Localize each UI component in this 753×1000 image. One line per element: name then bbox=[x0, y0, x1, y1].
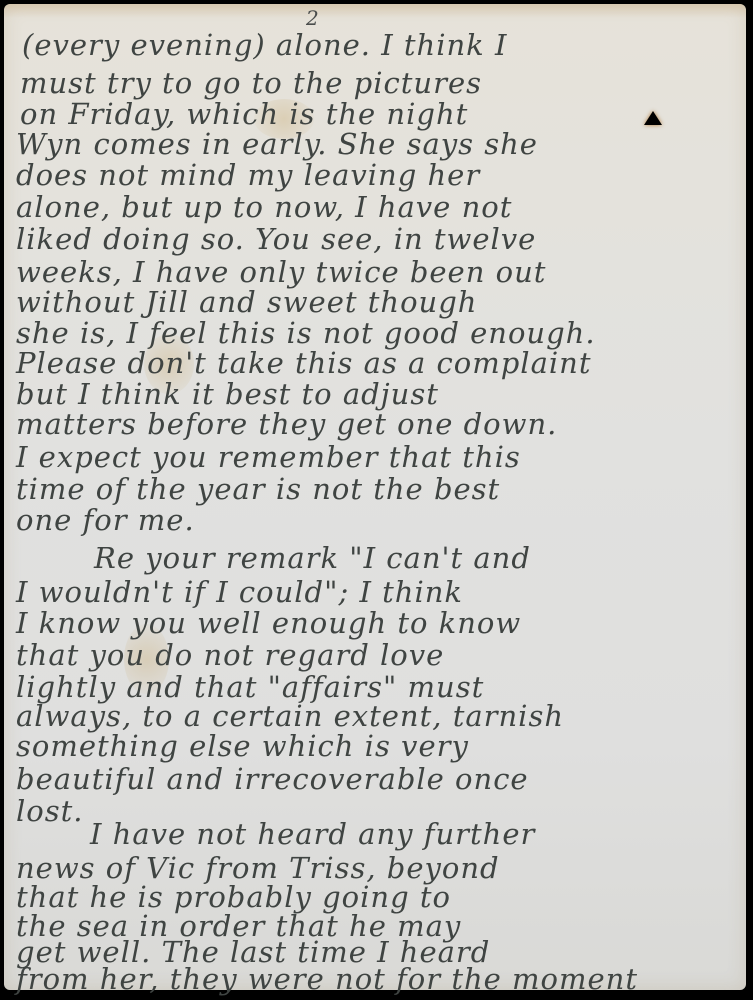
letter-line: but I think it best to adjust bbox=[16, 377, 439, 411]
letter-line: (every evening) alone. I think I bbox=[22, 28, 507, 62]
letter-line: liked doing so. You see, in twelve bbox=[16, 222, 536, 256]
letter-line: Wyn comes in early. She says she bbox=[16, 127, 538, 161]
letter-line: beautiful and irrecoverable once bbox=[16, 762, 529, 796]
letter-line: without Jill and sweet though bbox=[16, 285, 477, 319]
letter-line: does not mind my leaving her bbox=[16, 158, 480, 192]
letter-line: matters before they get one down. bbox=[16, 407, 557, 441]
letter-line: I know you well enough to know bbox=[16, 606, 521, 640]
letter-page: 2 (every evening) alone. I think I must … bbox=[4, 4, 746, 990]
letter-line: something else which is very bbox=[16, 729, 469, 763]
letter-line: one for me. bbox=[16, 503, 195, 537]
letter-line: Re your remark "I can't and bbox=[94, 541, 531, 575]
letter-line: always, to a certain extent, tarnish bbox=[16, 699, 564, 733]
letter-line: on Friday, which is the night bbox=[20, 97, 468, 131]
letter-line: weeks, I have only twice been out bbox=[16, 255, 546, 289]
letter-line: must try to go to the pictures bbox=[20, 66, 482, 100]
letter-line: she is, I feel this is not good enough. bbox=[16, 316, 596, 350]
letter-line: alone, but up to now, I have not bbox=[16, 190, 512, 224]
page-number: 2 bbox=[306, 6, 319, 30]
letter-line: lost. bbox=[16, 794, 84, 828]
letter-line: from her, they were not for the moment bbox=[16, 962, 638, 996]
letter-line: that you do not regard love bbox=[16, 638, 444, 672]
letter-line: Please don't take this as a complaint bbox=[16, 346, 591, 380]
letter-line: I expect you remember that this bbox=[16, 440, 521, 474]
paper-hole bbox=[644, 111, 662, 125]
letter-line: time of the year is not the best bbox=[16, 472, 500, 506]
letter-line: I wouldn't if I could"; I think bbox=[16, 575, 463, 609]
letter-line: I have not heard any further bbox=[90, 817, 535, 851]
